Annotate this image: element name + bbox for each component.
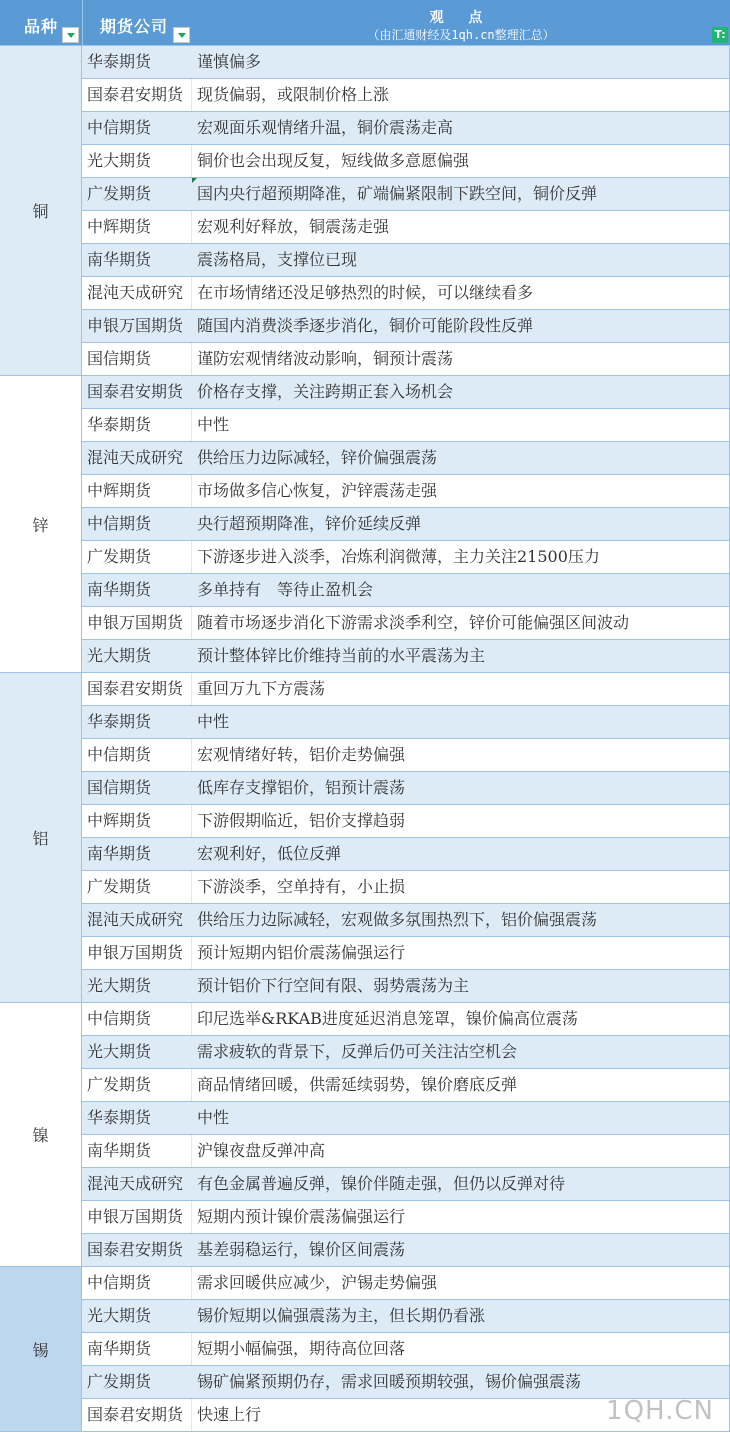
company-cell[interactable]: 国泰君安期货 [82, 673, 192, 705]
table-row: 中辉期货宏观利好释放，铜震荡走强 [82, 211, 730, 244]
variety-group: 锌国泰君安期货价格存支撑，关注跨期正套入场机会华泰期货中性混沌天成研究供给压力边… [0, 376, 730, 673]
table-row: 混沌天成研究在市场情绪还没足够热烈的时候，可以继续看多 [82, 277, 730, 310]
view-cell[interactable]: 需求回暖供应减少，沪锡走势偏强 [192, 1267, 730, 1299]
table-row: 广发期货下游淡季，空单持有，小止损 [82, 871, 730, 904]
table-row: 国泰君安期货价格存支撑，关注跨期正套入场机会 [82, 376, 730, 409]
table-row: 华泰期货中性 [82, 1102, 730, 1135]
table-row: 中信期货印尼选举&RKAB进度延迟消息笼罩，镍价偏高位震荡 [82, 1003, 730, 1036]
header-view-title: 观 点 [192, 7, 730, 27]
view-cell[interactable]: 随国内消费淡季逐步消化，铜价可能阶段性反弹 [192, 310, 730, 342]
watermark: 1QH.CN [606, 1396, 714, 1426]
table-row: 中信期货宏观面乐观情绪升温，铜价震荡走高 [82, 112, 730, 145]
view-cell[interactable]: 下游逐步进入淡季，冶炼利润微薄，主力关注21500压力 [192, 541, 730, 573]
company-cell[interactable]: 华泰期货 [82, 706, 192, 738]
view-cell[interactable]: 震荡格局，支撑位已现 [192, 244, 730, 276]
view-cell[interactable]: 多单持有 等待止盈机会 [192, 574, 730, 606]
company-cell[interactable]: 混沌天成研究 [82, 277, 192, 309]
futures-views-sheet: 品种 期货公司 观 点 （由汇通财经及1qh.cn整理汇总） T: 铜华泰期货谨… [0, 0, 730, 1432]
view-cell[interactable]: 在市场情绪还没足够热烈的时候，可以继续看多 [192, 277, 730, 309]
table-row: 广发期货国内央行超预期降准，矿端偏紧限制下跌空间，铜价反弹 [82, 178, 730, 211]
view-cell[interactable]: 宏观情绪好转，铝价走势偏强 [192, 739, 730, 771]
company-cell[interactable]: 南华期货 [82, 838, 192, 870]
company-cell[interactable]: 南华期货 [82, 1135, 192, 1167]
view-cell[interactable]: 供给压力边际减轻，锌价偏强震荡 [192, 442, 730, 474]
table-body: 铜华泰期货谨慎偏多国泰君安期货现货偏弱，或限制价格上涨中信期货宏观面乐观情绪升温… [0, 46, 730, 1432]
group-rows: 国泰君安期货价格存支撑，关注跨期正套入场机会华泰期货中性混沌天成研究供给压力边际… [82, 376, 730, 672]
company-cell[interactable]: 华泰期货 [82, 46, 192, 78]
table-row: 中信期货需求回暖供应减少，沪锡走势偏强 [82, 1267, 730, 1300]
active-filter-icon[interactable]: T: [712, 27, 728, 43]
variety-group: 铝国泰君安期货重回万九下方震荡华泰期货中性中信期货宏观情绪好转，铝价走势偏强国信… [0, 673, 730, 1003]
company-cell[interactable]: 光大期货 [82, 145, 192, 177]
view-cell[interactable]: 预计整体锌比价维持当前的水平震荡为主 [192, 640, 730, 672]
company-cell[interactable]: 混沌天成研究 [82, 904, 192, 936]
table-row: 华泰期货中性 [82, 706, 730, 739]
variety-cell[interactable]: 镍 [0, 1003, 82, 1266]
view-cell[interactable]: 中性 [192, 706, 730, 738]
table-row: 中辉期货市场做多信心恢复，沪锌震荡走强 [82, 475, 730, 508]
company-cell[interactable]: 光大期货 [82, 970, 192, 1002]
company-cell[interactable]: 广发期货 [82, 541, 192, 573]
company-cell[interactable]: 光大期货 [82, 1036, 192, 1068]
view-cell[interactable]: 预计铝价下行空间有限、弱势震荡为主 [192, 970, 730, 1002]
view-cell[interactable]: 铜价也会出现反复，短线做多意愿偏强 [192, 145, 730, 177]
table-header: 品种 期货公司 观 点 （由汇通财经及1qh.cn整理汇总） T: [0, 0, 730, 46]
table-row: 光大期货预计整体锌比价维持当前的水平震荡为主 [82, 640, 730, 672]
company-cell[interactable]: 申银万国期货 [82, 310, 192, 342]
view-cell[interactable]: 锡价短期以偏强震荡为主，但长期仍看涨 [192, 1300, 730, 1332]
company-cell[interactable]: 中信期货 [82, 739, 192, 771]
table-row: 国信期货谨防宏观情绪波动影响，铜预计震荡 [82, 343, 730, 375]
view-cell[interactable]: 谨防宏观情绪波动影响，铜预计震荡 [192, 343, 730, 375]
company-cell[interactable]: 中辉期货 [82, 211, 192, 243]
table-row: 光大期货铜价也会出现反复，短线做多意愿偏强 [82, 145, 730, 178]
table-row: 光大期货需求疲软的背景下，反弹后仍可关注沽空机会 [82, 1036, 730, 1069]
table-row: 申银万国期货预计短期内铝价震荡偏强运行 [82, 937, 730, 970]
header-view-subtitle: （由汇通财经及1qh.cn整理汇总） [192, 26, 730, 43]
table-row: 国泰君安期货重回万九下方震荡 [82, 673, 730, 706]
header-variety: 品种 [0, 0, 83, 45]
table-row: 光大期货锡价短期以偏强震荡为主，但长期仍看涨 [82, 1300, 730, 1333]
view-cell[interactable]: 供给压力边际减轻，宏观做多氛围热烈下，铝价偏强震荡 [192, 904, 730, 936]
company-cell[interactable]: 申银万国期货 [82, 607, 192, 639]
table-row: 广发期货锡矿偏紧预期仍存，需求回暖预期较强，锡价偏强震荡 [82, 1366, 730, 1399]
company-cell[interactable]: 国泰君安期货 [82, 79, 192, 111]
view-cell[interactable]: 重回万九下方震荡 [192, 673, 730, 705]
company-cell[interactable]: 中信期货 [82, 112, 192, 144]
variety-cell[interactable]: 铜 [0, 46, 82, 375]
view-cell[interactable]: 短期内预计镍价震荡偏强运行 [192, 1201, 730, 1233]
table-row: 中信期货宏观情绪好转，铝价走势偏强 [82, 739, 730, 772]
table-row: 南华期货沪镍夜盘反弹冲高 [82, 1135, 730, 1168]
company-cell[interactable]: 南华期货 [82, 1333, 192, 1365]
table-row: 国泰君安期货现货偏弱，或限制价格上涨 [82, 79, 730, 112]
variety-group: 镍中信期货印尼选举&RKAB进度延迟消息笼罩，镍价偏高位震荡光大期货需求疲软的背… [0, 1003, 730, 1267]
table-row: 光大期货预计铝价下行空间有限、弱势震荡为主 [82, 970, 730, 1002]
company-cell[interactable]: 申银万国期货 [82, 937, 192, 969]
group-rows: 国泰君安期货重回万九下方震荡华泰期货中性中信期货宏观情绪好转，铝价走势偏强国信期… [82, 673, 730, 1002]
table-row: 南华期货震荡格局，支撑位已现 [82, 244, 730, 277]
table-row: 华泰期货谨慎偏多 [82, 46, 730, 79]
view-cell[interactable]: 预计短期内铝价震荡偏强运行 [192, 937, 730, 969]
company-cell[interactable]: 中信期货 [82, 508, 192, 540]
header-company-label: 期货公司 [100, 14, 168, 37]
company-cell[interactable]: 混沌天成研究 [82, 442, 192, 474]
view-cell[interactable]: 短期小幅偏强，期待高位回落 [192, 1333, 730, 1365]
view-cell[interactable]: 现货偏弱，或限制价格上涨 [192, 79, 730, 111]
header-variety-label: 品种 [24, 14, 58, 37]
company-cell[interactable]: 广发期货 [82, 178, 192, 210]
table-row: 中信期货央行超预期降准，锌价延续反弹 [82, 508, 730, 541]
view-cell[interactable]: 宏观利好，低位反弹 [192, 838, 730, 870]
table-row: 国信期货低库存支撑铝价，铝预计震荡 [82, 772, 730, 805]
view-cell[interactable]: 谨慎偏多 [192, 46, 730, 78]
company-cell[interactable]: 华泰期货 [82, 409, 192, 441]
view-cell[interactable]: 下游淡季，空单持有，小止损 [192, 871, 730, 903]
company-cell[interactable]: 华泰期货 [82, 1102, 192, 1134]
variety-cell[interactable]: 锌 [0, 376, 82, 672]
company-cell[interactable]: 中信期货 [82, 1267, 192, 1299]
header-view: 观 点 （由汇通财经及1qh.cn整理汇总） T: [192, 0, 730, 45]
group-rows: 华泰期货谨慎偏多国泰君安期货现货偏弱，或限制价格上涨中信期货宏观面乐观情绪升温，… [82, 46, 730, 375]
company-cell[interactable]: 国泰君安期货 [82, 1399, 192, 1431]
view-cell[interactable]: 下游假期临近，铝价支撑趋弱 [192, 805, 730, 837]
company-cell[interactable]: 混沌天成研究 [82, 1168, 192, 1200]
company-cell[interactable]: 中辉期货 [82, 475, 192, 507]
view-cell[interactable]: 国内央行超预期降准，矿端偏紧限制下跌空间，铜价反弹 [192, 178, 730, 210]
view-cell[interactable]: 中性 [192, 409, 730, 441]
table-row: 混沌天成研究有色金属普遍反弹，镍价伴随走强，但仍以反弹对待 [82, 1168, 730, 1201]
variety-filter-dropdown-icon[interactable] [62, 27, 79, 43]
table-row: 南华期货宏观利好，低位反弹 [82, 838, 730, 871]
view-cell[interactable]: 有色金属普遍反弹，镍价伴随走强，但仍以反弹对待 [192, 1168, 730, 1200]
company-cell[interactable]: 南华期货 [82, 574, 192, 606]
company-cell[interactable]: 国信期货 [82, 772, 192, 804]
table-row: 申银万国期货短期内预计镍价震荡偏强运行 [82, 1201, 730, 1234]
view-cell[interactable]: 基差弱稳运行，镍价区间震荡 [192, 1234, 730, 1266]
table-row: 混沌天成研究供给压力边际减轻，宏观做多氛围热烈下，铝价偏强震荡 [82, 904, 730, 937]
company-cell[interactable]: 广发期货 [82, 1069, 192, 1101]
view-cell[interactable]: 低库存支撑铝价，铝预计震荡 [192, 772, 730, 804]
company-cell[interactable]: 广发期货 [82, 871, 192, 903]
table-row: 广发期货下游逐步进入淡季，冶炼利润微薄，主力关注21500压力 [82, 541, 730, 574]
company-cell[interactable]: 中辉期货 [82, 805, 192, 837]
view-cell[interactable]: 市场做多信心恢复，沪锌震荡走强 [192, 475, 730, 507]
table-row: 申银万国期货随国内消费淡季逐步消化，铜价可能阶段性反弹 [82, 310, 730, 343]
table-row: 中辉期货下游假期临近，铝价支撑趋弱 [82, 805, 730, 838]
table-row: 申银万国期货随着市场逐步消化下游需求淡季利空，锌价可能偏强区间波动 [82, 607, 730, 640]
view-cell[interactable]: 锡矿偏紧预期仍存，需求回暖预期较强，锡价偏强震荡 [192, 1366, 730, 1398]
company-cell[interactable]: 广发期货 [82, 1366, 192, 1398]
company-cell[interactable]: 国信期货 [82, 343, 192, 375]
view-cell[interactable]: 需求疲软的背景下，反弹后仍可关注沽空机会 [192, 1036, 730, 1068]
view-cell[interactable]: 央行超预期降准，锌价延续反弹 [192, 508, 730, 540]
view-cell[interactable]: 沪镍夜盘反弹冲高 [192, 1135, 730, 1167]
company-cell[interactable]: 南华期货 [82, 244, 192, 276]
view-cell[interactable]: 中性 [192, 1102, 730, 1134]
table-row: 混沌天成研究供给压力边际减轻，锌价偏强震荡 [82, 442, 730, 475]
view-cell[interactable]: 宏观面乐观情绪升温，铜价震荡走高 [192, 112, 730, 144]
variety-cell[interactable]: 铝 [0, 673, 82, 1002]
variety-group: 铜华泰期货谨慎偏多国泰君安期货现货偏弱，或限制价格上涨中信期货宏观面乐观情绪升温… [0, 46, 730, 376]
company-cell[interactable]: 国泰君安期货 [82, 1234, 192, 1266]
company-cell[interactable]: 中信期货 [82, 1003, 192, 1035]
group-rows: 中信期货印尼选举&RKAB进度延迟消息笼罩，镍价偏高位震荡光大期货需求疲软的背景… [82, 1003, 730, 1266]
company-cell[interactable]: 申银万国期货 [82, 1201, 192, 1233]
company-filter-dropdown-icon[interactable] [173, 27, 190, 43]
table-row: 国泰君安期货基差弱稳运行，镍价区间震荡 [82, 1234, 730, 1266]
view-cell[interactable]: 商品情绪回暖，供需延续弱势，镍价磨底反弹 [192, 1069, 730, 1101]
view-cell[interactable]: 随着市场逐步消化下游需求淡季利空，锌价可能偏强区间波动 [192, 607, 730, 639]
company-cell[interactable]: 光大期货 [82, 640, 192, 672]
cell-comment-indicator-icon [192, 178, 197, 183]
table-row: 南华期货多单持有 等待止盈机会 [82, 574, 730, 607]
company-cell[interactable]: 国泰君安期货 [82, 376, 192, 408]
company-cell[interactable]: 光大期货 [82, 1300, 192, 1332]
table-row: 广发期货商品情绪回暖，供需延续弱势，镍价磨底反弹 [82, 1069, 730, 1102]
header-company: 期货公司 [82, 0, 192, 45]
variety-cell[interactable]: 锡 [0, 1267, 82, 1431]
view-cell[interactable]: 价格存支撑，关注跨期正套入场机会 [192, 376, 730, 408]
view-cell[interactable]: 宏观利好释放，铜震荡走强 [192, 211, 730, 243]
view-cell[interactable]: 印尼选举&RKAB进度延迟消息笼罩，镍价偏高位震荡 [192, 1003, 730, 1035]
table-row: 南华期货短期小幅偏强，期待高位回落 [82, 1333, 730, 1366]
table-row: 华泰期货中性 [82, 409, 730, 442]
